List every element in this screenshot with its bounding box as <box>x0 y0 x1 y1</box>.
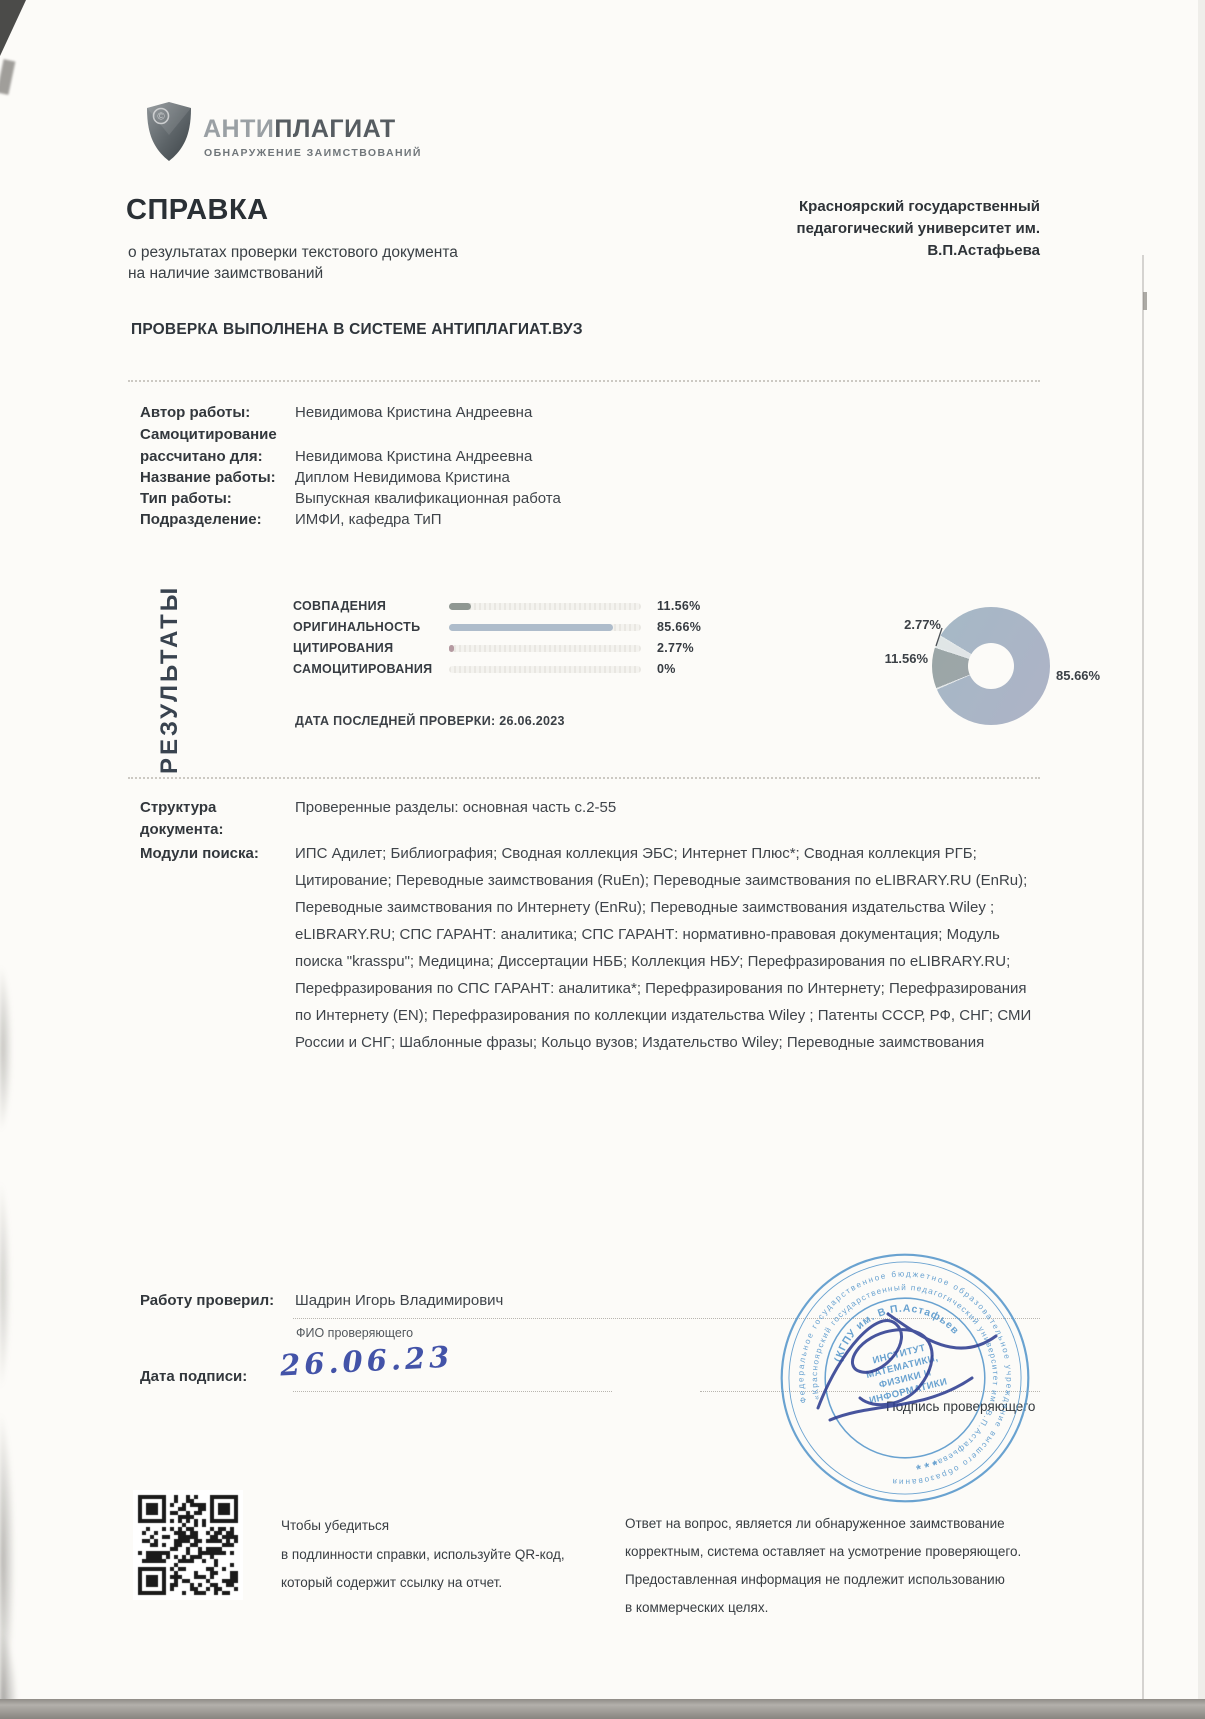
result-label: ЦИТИРОВАНИЯ <box>293 641 393 655</box>
selfcite-label-line1: Самоцитирование <box>140 426 277 443</box>
donut-chart-hole <box>968 643 1014 689</box>
selfcite-label-line2: рассчитано для: <box>140 448 263 465</box>
structure-label-line1: Структура <box>140 799 216 816</box>
result-value: 85.66% <box>657 620 701 634</box>
university-line3: В.П.Астафьева <box>640 240 1040 262</box>
disclaimer-line2: корректным, система оставляет на усмотре… <box>625 1538 1045 1566</box>
structure-value: Проверенные разделы: основная часть с.2-… <box>295 799 616 816</box>
brand-name-light: АНТИ <box>203 115 274 143</box>
selfcite-value: Невидимова Кристина Андреевна <box>295 448 532 465</box>
separator-top <box>128 380 1040 382</box>
result-label: САМОЦИТИРОВАНИЯ <box>293 662 432 676</box>
checker-signature <box>800 1280 1012 1430</box>
donut-leader-line <box>928 626 950 650</box>
page-subtitle-line1: о результатах проверки текстового докуме… <box>128 243 458 264</box>
result-bar-fill <box>449 624 613 631</box>
separator-middle <box>128 777 1040 779</box>
result-row-originality: ОРИГИНАЛЬНОСТЬ 85.66% <box>293 620 733 636</box>
department-label: Подразделение: <box>140 511 262 528</box>
donut-chart <box>932 607 1050 725</box>
result-row-selfcitations: САМОЦИТИРОВАНИЯ 0% <box>293 662 733 678</box>
svg-text:©: © <box>157 112 165 123</box>
last-check-date: ДАТА ПОСЛЕДНЕЙ ПРОВЕРКИ: 26.06.2023 <box>295 714 565 728</box>
sign-date-label: Дата подписи: <box>140 1368 247 1385</box>
donut-label-matches: 11.56% <box>858 651 928 666</box>
university-line1: Красноярский государственный <box>640 196 1040 218</box>
brand-tagline: ОБНАРУЖЕНИЕ ЗАИМСТВОВАНИЙ <box>204 147 422 159</box>
qr-caption: Чтобы убедиться в подлинности справки, и… <box>281 1512 565 1598</box>
donut-label-originality: 85.66% <box>1056 668 1100 683</box>
checker-caption: ФИО проверяющего <box>296 1326 413 1340</box>
author-value: Невидимова Кристина Андреевна <box>295 404 532 421</box>
sign-date-handwritten: 26.06.23 <box>279 1339 454 1382</box>
scan-artifact-bottom-band <box>0 1699 1205 1719</box>
system-check-header: ПРОВЕРКА ВЫПОЛНЕНА В СИСТЕМЕ АНТИПЛАГИАТ… <box>131 321 583 339</box>
disclaimer: Ответ на вопрос, является ли обнаруженно… <box>625 1510 1045 1622</box>
worktype-label: Тип работы: <box>140 490 232 507</box>
qr-caption-line1: Чтобы убедиться <box>281 1512 565 1541</box>
disclaimer-line3: Предоставленная информация не подлежит и… <box>625 1566 1045 1594</box>
result-row-citations: ЦИТИРОВАНИЯ 2.77% <box>293 641 733 657</box>
sign-date-underline <box>293 1391 612 1392</box>
scan-artifact-right-line <box>1142 255 1144 1700</box>
qr-caption-line3: который содержит ссылку на отчет. <box>281 1569 565 1598</box>
result-bar <box>449 603 641 610</box>
university-name: Красноярский государственный педагогичес… <box>640 196 1040 262</box>
result-value: 11.56% <box>657 599 701 613</box>
department-value: ИМФИ, кафедра ТиП <box>295 511 441 528</box>
author-label: Автор работы: <box>140 404 250 421</box>
structure-label-line2: документа: <box>140 821 224 838</box>
page-subtitle-line2: на наличие заимствований <box>128 264 458 285</box>
search-modules-label: Модули поиска: <box>140 845 259 862</box>
result-row-matches: СОВПАДЕНИЯ 11.56% <box>293 599 733 615</box>
result-label: СОВПАДЕНИЯ <box>293 599 386 613</box>
scan-artifact-top-left-corner <box>0 0 26 56</box>
result-label: ОРИГИНАЛЬНОСТЬ <box>293 620 420 634</box>
brand-name: АНТИПЛАГИАТ <box>203 115 396 144</box>
result-value: 0% <box>657 662 676 676</box>
result-bar-fill <box>449 603 471 610</box>
result-value: 2.77% <box>657 641 694 655</box>
result-bar <box>449 666 641 673</box>
checked-by-value: Шадрин Игорь Владимирович <box>295 1292 503 1309</box>
certificate-page: © АНТИПЛАГИАТ ОБНАРУЖЕНИЕ ЗАИМСТВОВАНИЙ … <box>0 0 1205 1719</box>
university-line2: педагогический университет им. <box>640 218 1040 240</box>
worktitle-label: Название работы: <box>140 469 276 486</box>
page-subtitle: о результатах проверки текстового докуме… <box>128 243 458 284</box>
result-bar <box>449 645 641 652</box>
antiplagiat-shield-icon: © <box>146 101 192 163</box>
page-title: СПРАВКА <box>126 194 269 227</box>
scan-artifact-top-left-streak <box>0 59 15 95</box>
checked-by-label: Работу проверил: <box>140 1292 274 1309</box>
search-modules-value: ИПС Адилет; Библиография; Сводная коллек… <box>295 840 1047 1056</box>
result-bar <box>449 624 641 631</box>
scan-artifact-right-tick <box>1143 292 1147 310</box>
result-bar-fill <box>449 645 454 652</box>
qr-caption-line2: в подлинности справки, используйте QR-ко… <box>281 1541 565 1570</box>
disclaimer-line4: в коммерческих целях. <box>625 1594 1045 1622</box>
disclaimer-line1: Ответ на вопрос, является ли обнаруженно… <box>625 1510 1045 1538</box>
scan-artifact-left-smudge <box>0 930 34 1719</box>
results-section-title: РЕЗУЛЬТАТЫ <box>156 548 184 774</box>
worktitle-value: Диплом Невидимова Кристина <box>295 469 510 486</box>
worktype-value: Выпускная квалификационная работа <box>295 490 561 507</box>
scan-artifact-right-edge <box>1198 0 1205 1719</box>
qr-code <box>133 1490 243 1600</box>
brand-name-dark: ПЛАГИАТ <box>274 115 395 143</box>
